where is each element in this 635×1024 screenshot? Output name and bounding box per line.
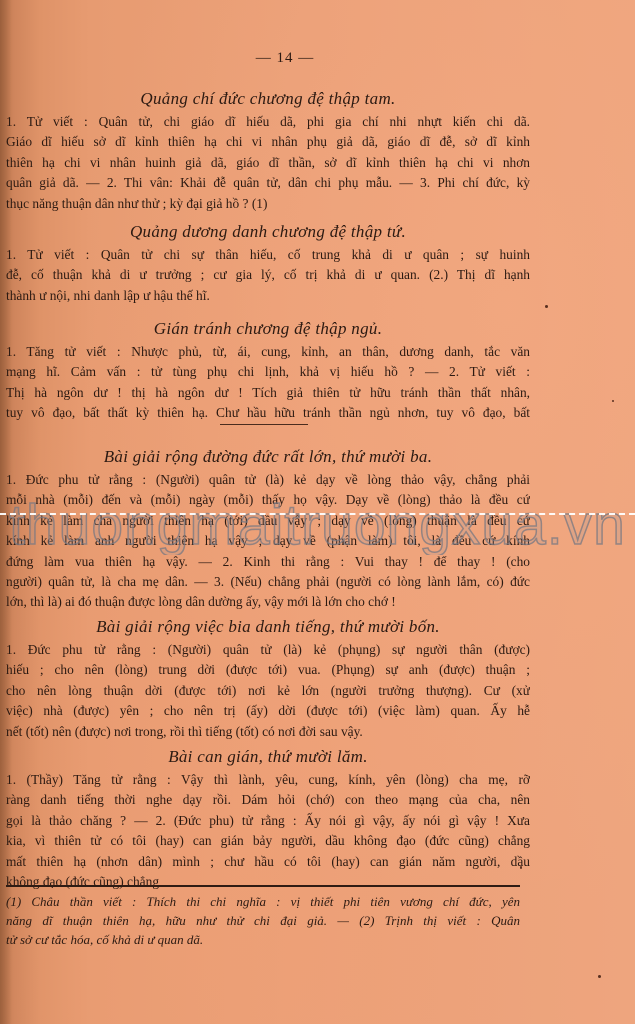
- text-line: ràng danh tiếng thời nghe dạy rồi. Dám h…: [6, 790, 530, 810]
- text-line: cho nên lòng thuận dời (được tới) nơi kẻ…: [6, 681, 530, 701]
- section-divider: [220, 424, 308, 425]
- section-bai-giai-rong-bia-danh: Bài giải rộng việc bia danh tiếng, thứ m…: [6, 616, 530, 742]
- text-line: Thị hà ngôn dư ! thị hà ngôn dư ! Tích g…: [6, 383, 530, 403]
- section-heading: Quảng chí đức chương đệ thập tam.: [6, 88, 530, 110]
- section-heading: Bài giải rộng việc bia danh tiếng, thứ m…: [6, 616, 530, 638]
- text-line: 1. Tử viết : Quân tử chi sự thân hiếu, c…: [6, 245, 530, 265]
- text-line: việc) nhà (được) yên ; cho nên trị (ấy) …: [6, 701, 530, 721]
- footnote-line: năng dĩ thuận thiên hạ, hữu như thử chi …: [6, 911, 520, 930]
- text-line: 1. Tử viết : Quân tử, chi giáo dĩ hiếu d…: [6, 112, 530, 132]
- text-line: người) quân tử, là cha mẹ dân. — 3. (Nếu…: [6, 572, 530, 592]
- section-paragraph: 1. Đức phu tử rằng : (Người) quân tử (là…: [6, 640, 530, 742]
- text-line: gọi là thảo chăng ? — 2. (Đức phu) tử rằ…: [6, 811, 530, 831]
- footnote-line: tử sở cư tắc hóa, cố khả di ư quan dã.: [6, 930, 520, 949]
- page-number: — 14 —: [0, 50, 570, 67]
- section-paragraph: 1. Tăng tử viết : Nhược phủ, từ, ái, cun…: [6, 342, 530, 424]
- paper-speck: [598, 975, 601, 978]
- section-heading: Bài can gián, thứ mười lăm.: [6, 746, 530, 768]
- section-quang-chi-duc: Quảng chí đức chương đệ thập tam. 1. Tử …: [6, 88, 530, 214]
- text-line: đễ, cố thuận khả di ư trưởng ; cư gia lý…: [6, 265, 530, 285]
- text-line: thiên hạ chi vi nhân huinh giả dã, giáo …: [6, 153, 530, 173]
- text-line: quân giả dã. — 2. Thi vân: Khải đễ quân …: [6, 173, 530, 193]
- section-heading: Quảng dương danh chương đệ thập tứ.: [6, 221, 530, 243]
- text-line: kia, vì thiên tử có tôi (hay) can gián b…: [6, 831, 530, 851]
- text-line: tuy vô đạo, bất thất kỳ thiên hạ. Chư hầ…: [6, 403, 530, 423]
- text-line: hiếu ; cho nên (lòng) trung dời (được tớ…: [6, 660, 530, 680]
- text-line: 1. Đức phu tử rằng : (Người) quân tử (là…: [6, 470, 530, 490]
- text-line: thành ư nội, nhi danh lập ư hậu thế hĩ.: [6, 286, 530, 306]
- text-line: không đạo (đức cũng) chẳng: [6, 872, 530, 892]
- section-paragraph: 1. (Thầy) Tăng tử rằng : Vậy thì lành, y…: [6, 770, 530, 892]
- section-gian-tranh: Gián tránh chương đệ thập ngủ. 1. Tăng t…: [6, 318, 530, 424]
- section-quang-duong-danh: Quảng dương danh chương đệ thập tứ. 1. T…: [6, 221, 530, 306]
- paper-speck: [612, 400, 614, 402]
- text-line: 1. Đức phu tử rằng : (Người) quân tử (là…: [6, 640, 530, 660]
- text-line: mất thiên hạ (nhơn dân) mình ; chư hầu c…: [6, 852, 530, 872]
- watermark-text: thuongmaitruongxua.vn: [0, 495, 635, 555]
- text-line: lớn, thì là) ai đó thuận được lòng dân d…: [6, 592, 530, 612]
- text-line: mạng hĩ. Cảm vấn : tử tùng phụ chi lịnh,…: [6, 362, 530, 382]
- text-line: Giáo dĩ hiếu sở dĩ kỉnh thiên hạ chi vi …: [6, 132, 530, 152]
- watermark-dashed-line: [0, 513, 635, 515]
- paper-speck: [520, 866, 522, 869]
- footnotes: (1) Châu thần viết : Thích thi chi nghĩa…: [6, 892, 520, 949]
- text-line: nết (tốt) nên (được) nơi trong, rồi thì …: [6, 722, 530, 742]
- section-heading: Bài giải rộng đường đức rất lớn, thứ mườ…: [6, 446, 530, 468]
- section-paragraph: 1. Tử viết : Quân tử chi sự thân hiếu, c…: [6, 245, 530, 306]
- section-paragraph: 1. Tử viết : Quân tử, chi giáo dĩ hiếu d…: [6, 112, 530, 214]
- paper-speck: [545, 305, 548, 308]
- text-line: 1. Tăng tử viết : Nhược phủ, từ, ái, cun…: [6, 342, 530, 362]
- section-bai-can-gian: Bài can gián, thứ mười lăm. 1. (Thầy) Tă…: [6, 746, 530, 892]
- footnote-divider: [6, 885, 520, 887]
- text-line: thục năng thuận dân như thử ; kỳ đại giả…: [6, 194, 530, 214]
- text-line: 1. (Thầy) Tăng tử rằng : Vậy thì lành, y…: [6, 770, 530, 790]
- footnote-line: (1) Châu thần viết : Thích thi chi nghĩa…: [6, 892, 520, 911]
- section-heading: Gián tránh chương đệ thập ngủ.: [6, 318, 530, 340]
